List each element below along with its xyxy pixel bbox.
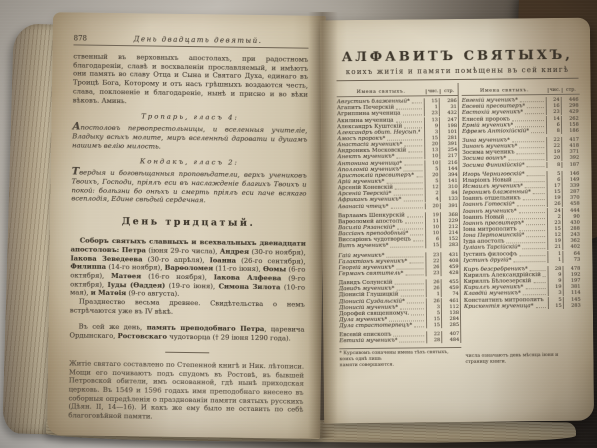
- day-number: 28: [426, 338, 441, 344]
- dot-leader: [405, 222, 423, 223]
- saint-name: Аѳанасій чтецъ*: [338, 203, 389, 210]
- title-rule: [337, 78, 579, 82]
- dot-leader: [525, 288, 545, 289]
- sobor-note: Празднество весьма древнее. Свидѣтельств…: [70, 297, 305, 318]
- column-header-names: Имена святыхъ.: [337, 89, 426, 95]
- kondak-body: вердыя и боговѣщанныя проповѣдатели, вер…: [71, 169, 306, 205]
- dot-leader: [400, 342, 425, 343]
- saint-name: Зосима Финикійскій*: [462, 162, 524, 169]
- dot-leader: [531, 132, 544, 133]
- alphabet-title: АЛФАВИТЪ СВЯТЫХЪ,: [336, 48, 578, 66]
- day-number: 15: [426, 322, 441, 328]
- table-row: Ефремъ Антіохійскій*8186: [462, 127, 580, 134]
- dot-leader: [527, 166, 544, 167]
- table-row: Дула страстотерпецъ*15285: [339, 322, 460, 329]
- page-number: 878: [74, 34, 108, 42]
- column-header-page: стр.: [440, 89, 458, 94]
- table-row: Евтихій мученикъ*28484: [339, 337, 460, 344]
- page-ref: 186: [561, 128, 580, 134]
- saints-index-table: Имена святыхъ. чис. стр. Августинъ блаже…: [337, 82, 582, 345]
- left-page-footnote: Житіе святаго составлено по Степенной кн…: [68, 359, 304, 423]
- table-row: Германъ святитель*23428: [339, 270, 460, 277]
- table-row: Аѳанасій чтецъ*20391: [338, 202, 459, 209]
- table-row: Зосима Финикійскій*8187: [462, 161, 580, 168]
- dot-leader: [535, 307, 545, 308]
- right-page-content: АЛФАВИТЪ СВЯТЫХЪ, коихъ житія и памяти п…: [320, 18, 594, 424]
- right-page-footnotes: * Курсивомъ означены имена тѣхъ святыхъ,…: [339, 346, 581, 369]
- table-half-left: Имена святыхъ. чис. стр. Августинъ блаже…: [337, 83, 461, 345]
- book-photo: 878 День двадцать девятый. ственный въ в…: [0, 0, 597, 448]
- saint-name: Германъ святитель*: [339, 271, 404, 278]
- table-header-right: Имена святыхъ. чис. стр.: [462, 82, 580, 96]
- saint-name: Дула страстотерпецъ*: [339, 323, 412, 330]
- page-ref: 283: [440, 242, 459, 248]
- dot-leader: [411, 234, 424, 235]
- intro-paragraph: ственный въ верховныхъ апостолахъ, при р…: [73, 52, 309, 107]
- day-number: 8: [546, 161, 561, 167]
- troparion-heading: Тропарь, гласъ 4:: [72, 112, 307, 123]
- table-row: Крискентія мученица*15283: [464, 302, 582, 309]
- dot-leader: [416, 176, 422, 177]
- dot-leader: [408, 152, 422, 153]
- footnote-line-2: памяти совершаются.: [339, 363, 394, 369]
- dot-leader: [407, 216, 423, 217]
- saint-name: Іустинъ другій*: [463, 257, 511, 264]
- page-ref: 283: [563, 302, 582, 308]
- dot-leader: [413, 241, 423, 242]
- dot-leader: [404, 145, 422, 146]
- troparion-text: Апостоловъ первопрестольницы, и вселенны…: [72, 124, 307, 153]
- sobor-paragraph: Соборъ святыхъ славныхъ и всехвальныхъ д…: [70, 237, 306, 301]
- dot-leader: [409, 262, 423, 263]
- day-heading: День тридцатый.: [71, 216, 306, 230]
- page-ref: 428: [441, 270, 460, 276]
- left-page-content: 878 День двадцать девятый. ственный въ в…: [47, 12, 326, 439]
- footnote-right-column: числа означаютъ день мѣсяца іюня и стран…: [461, 353, 581, 368]
- column-header-names: Имена святыхъ.: [462, 88, 548, 94]
- saint-name: Евтихій мученикъ*: [339, 338, 397, 345]
- dot-leader: [533, 193, 545, 194]
- day-number: 20: [425, 203, 440, 209]
- left-page: 878 День двадцать девятый. ственный въ в…: [47, 12, 326, 439]
- dot-leader: [543, 276, 545, 277]
- dot-leader: [527, 107, 543, 108]
- saint-name: Крискентія мученица*: [464, 303, 534, 310]
- alphabet-subtitle: коихъ житія и памяти помѣщены въ сей кни…: [336, 66, 578, 77]
- day-number: 15: [425, 243, 440, 249]
- dot-leader: [525, 114, 543, 115]
- dot-leader: [402, 115, 421, 116]
- running-title: День двадцать девятый.: [108, 35, 289, 46]
- section-divider-rule: [165, 352, 209, 354]
- dot-leader: [533, 282, 545, 283]
- day-number: 15: [548, 303, 563, 309]
- dot-leader: [404, 127, 422, 128]
- table-rows-left: Августинъ блаженный*15286Агапитъ Печерск…: [337, 98, 461, 345]
- dot-leader: [411, 314, 424, 315]
- saint-name: Витъ мученикъ*: [338, 243, 388, 250]
- page-ref: 187: [561, 161, 580, 167]
- dot-leader: [412, 103, 422, 104]
- table-rows-right: Евгеній мученикъ*24446Евсевій пресвитеръ…: [462, 97, 582, 310]
- dot-leader: [525, 187, 544, 188]
- dot-leader: [527, 236, 545, 237]
- kondak-text: Твердыя и боговѣщанныя проповѣдатели, ве…: [71, 169, 306, 207]
- footnote-left-column: * Курсивомъ означены имена тѣхъ святыхъ,…: [339, 347, 461, 369]
- dot-leader: [404, 164, 422, 165]
- page-ref: 285: [441, 322, 460, 328]
- dot-leader: [526, 224, 545, 225]
- peter-paragraph: Въ сей же день, память преподобнаго Петр…: [69, 323, 304, 344]
- right-page: АЛФАВИТЪ СВЯТЫХЪ, коихъ житія и памяти п…: [320, 18, 594, 424]
- dot-leader: [527, 175, 545, 176]
- day-number: 1: [547, 257, 562, 263]
- left-page-header: 878 День двадцать девятый.: [74, 34, 309, 48]
- table-row: Витъ мученикъ*15283: [338, 242, 459, 249]
- dot-leader: [514, 261, 546, 262]
- saint-name: Ефремъ Антіохійскій*: [462, 128, 529, 135]
- day-number: 23: [426, 270, 441, 276]
- column-header-day: чис.: [426, 89, 440, 94]
- table-header-left: Имена святыхъ. чис. стр.: [337, 83, 458, 97]
- dot-leader: [530, 270, 545, 271]
- troparion-body: постоловъ первопрестольницы, и вселенныя…: [72, 124, 307, 151]
- table-half-right: Имена святыхъ. чис. стр. Евгеній мученик…: [458, 82, 582, 344]
- table-row: Іустинъ другій*173: [463, 256, 581, 263]
- dot-leader: [404, 170, 423, 171]
- kondak-heading: Кондакъ, гласъ 2:: [72, 157, 307, 168]
- column-header-day: чис.: [547, 88, 561, 93]
- page-ref: 391: [440, 203, 459, 209]
- dot-leader: [391, 247, 424, 248]
- column-header-page: стр.: [561, 88, 579, 93]
- footnote-line-1: * Курсивомъ означены имена тѣхъ святыхъ,…: [339, 350, 448, 362]
- day-number: 8: [546, 128, 561, 134]
- dot-leader: [414, 326, 424, 327]
- dot-leader: [405, 274, 423, 275]
- page-ref: 73: [562, 256, 581, 262]
- dot-leader: [407, 302, 424, 303]
- dot-leader: [403, 201, 423, 202]
- dot-leader: [390, 207, 422, 208]
- page-ref: 484: [441, 337, 460, 343]
